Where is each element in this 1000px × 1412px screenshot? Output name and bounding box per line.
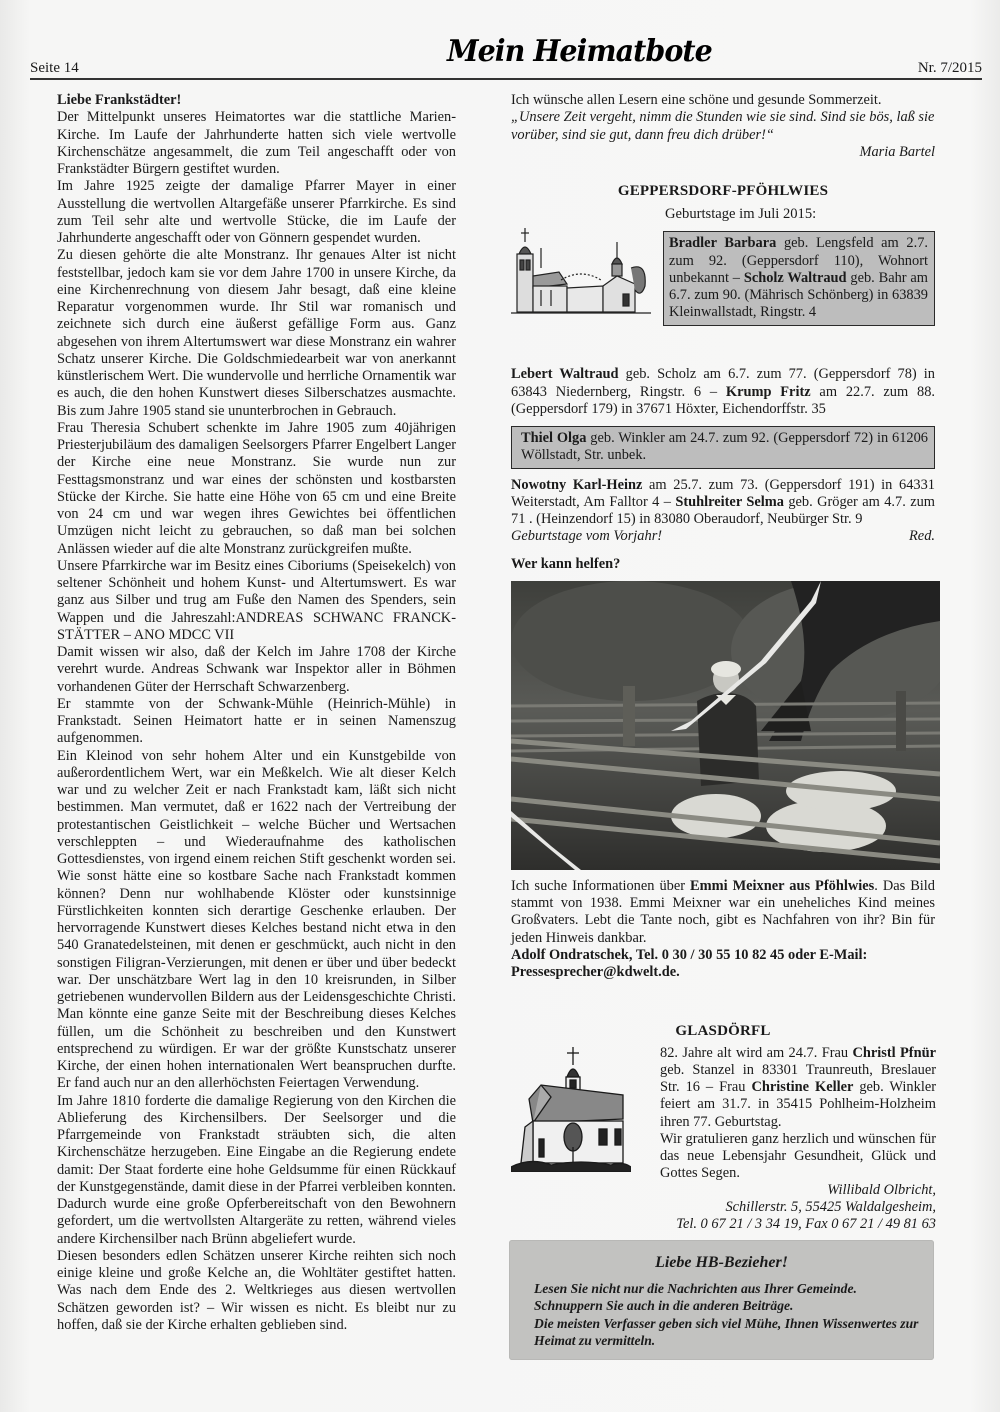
birthday-entry: Lebert Waltraud geb. Scholz am 6.7. zum …: [511, 366, 935, 418]
paragraph: Diesen besonders edlen Schätzen unserer …: [57, 1248, 456, 1334]
signature-name: Willibald Olbricht,: [511, 1182, 936, 1199]
church-village-illustration-icon: [511, 228, 651, 316]
paragraph: Zu diesen gehörte die alte Monstranz. Ih…: [57, 247, 456, 420]
quote-author: Maria Bartel: [511, 144, 935, 161]
header-divider: [30, 78, 982, 80]
closing-wish: Ich wünsche allen Lesern eine schöne und…: [511, 92, 935, 109]
paragraph: Unsere Pfarrkirche war im Besitz eines C…: [57, 558, 456, 644]
notice-line: Die meisten Verfasser geben sich viel Mü…: [534, 1315, 924, 1350]
geppersdorf-birthdays-header: Geburtstage im Juli 2015:: [511, 206, 935, 366]
page-number: Seite 14: [30, 60, 79, 77]
paragraph: Er stammte von der Schwank-Mühle (Heinri…: [57, 696, 456, 748]
note-text: Geburtstage vom Vorjahr!: [511, 528, 662, 545]
editor-note: Geburtstage vom Vorjahr! Red.: [511, 528, 935, 545]
help-text: Ich suche Informationen über: [511, 878, 690, 894]
note-signature: Red.: [909, 528, 935, 545]
article-frankstadt: Liebe Frankstädter! Der Mittelpunkt unse…: [57, 92, 456, 1334]
paragraph: Der Mittelpunkt unseres Heimatortes war …: [57, 109, 456, 178]
issue-number: Nr. 7/2015: [918, 60, 982, 77]
person-name: Stuhlreiter Selma: [675, 494, 784, 510]
paragraph: Im Jahre 1810 forderte die damalige Regi…: [57, 1093, 456, 1248]
notice-line: Lesen Sie nicht nur die Nachrichten aus …: [534, 1280, 924, 1297]
author-signature: Willibald Olbricht, Schillerstr. 5, 5542…: [511, 1182, 936, 1234]
glasdoerfl-birthday-text: 82. Jahre alt wird am 24.7. Frau Christl…: [660, 1045, 936, 1183]
congratulation-text: Wir gratulieren ganz herzlich und wünsch…: [660, 1131, 936, 1182]
paragraph: Frau Theresia Schubert schenkte im Jahre…: [57, 420, 456, 558]
notice-body: Lesen Sie nicht nur die Nachrichten aus …: [534, 1280, 924, 1350]
paragraph: Im Jahre 1925 zeigte der damalige Pfarre…: [57, 178, 456, 247]
help-request-text: Ich suche Informationen über Emmi Meixne…: [511, 878, 935, 947]
article-greeting: Liebe Frankstädter!: [57, 92, 456, 109]
person-name: Scholz Waltraud: [744, 270, 847, 286]
chapel-illustration-icon: [511, 1047, 631, 1172]
page-header: Seite 14 Mein Heimatbote Nr. 7/2015: [30, 34, 982, 78]
birthday-details: 82. Jahre alt wird am 24.7. Frau: [660, 1045, 852, 1061]
section-title-geppersdorf: GEPPERSDORF-PFÖHLWIES: [511, 183, 935, 200]
glasdoerfl-birthdays: 82. Jahre alt wird am 24.7. Frau Christl…: [511, 1045, 935, 1235]
birthday-highlight-box: Bradler Barbara geb. Lengsfeld am 2.7. z…: [663, 231, 935, 325]
notice-title: Liebe HB-Bezieher!: [509, 1254, 934, 1272]
section-title-glasdoerfl: GLASDÖRFL: [511, 1023, 935, 1040]
person-name: Lebert Waltraud: [511, 366, 619, 382]
person-name: Thiel Olga: [521, 430, 586, 446]
right-column: Ich wünsche allen Lesern eine schöne und…: [511, 92, 935, 1235]
quote: „Unsere Zeit vergeht, nimm die Stunden w…: [511, 109, 935, 144]
paragraph: Damit wissen wir also, daß der Kelch im …: [57, 644, 456, 696]
birthday-entry: Nowotny Karl-Heinz am 25.7. zum 73. (Gep…: [511, 477, 935, 529]
section-title-help: Wer kann helfen?: [511, 556, 935, 573]
hb-subscriber-notice: Liebe HB-Bezieher! Lesen Sie nicht nur d…: [509, 1240, 934, 1360]
newspaper-page: Seite 14 Mein Heimatbote Nr. 7/2015 Lieb…: [0, 0, 1000, 1412]
searched-person: Emmi Meixner aus Pföhlwies: [690, 878, 874, 894]
contact-info: Adolf Ondratschek, Tel. 0 30 / 30 55 10 …: [511, 947, 935, 982]
person-name: Christine Keller: [751, 1079, 853, 1095]
signature-address: Schillerstr. 5, 55425 Waldalgesheim,: [511, 1199, 936, 1216]
birthdays-subtitle: Geburtstage im Juli 2015:: [665, 206, 816, 223]
masthead-logo: Mein Heimatbote: [447, 34, 712, 69]
signature-phone: Tel. 0 67 21 / 3 34 19, Fax 0 67 21 / 49…: [511, 1216, 936, 1233]
photo-woman-pigs-fence-icon: [511, 581, 940, 870]
notice-line: Schnuppern Sie auch in die anderen Beitr…: [534, 1297, 924, 1314]
person-name: Christl Pfnür: [852, 1045, 936, 1061]
person-name: Bradler Barbara: [669, 235, 776, 251]
birthday-highlight-box: Thiel Olga geb. Winkler am 24.7. zum 92.…: [511, 426, 935, 469]
person-name: Nowotny Karl-Heinz: [511, 477, 642, 493]
paragraph: Ein Kleinod von sehr hohem Alter und ein…: [57, 748, 456, 1093]
historic-photo: [511, 581, 940, 870]
person-name: Krump Fritz: [726, 384, 811, 400]
